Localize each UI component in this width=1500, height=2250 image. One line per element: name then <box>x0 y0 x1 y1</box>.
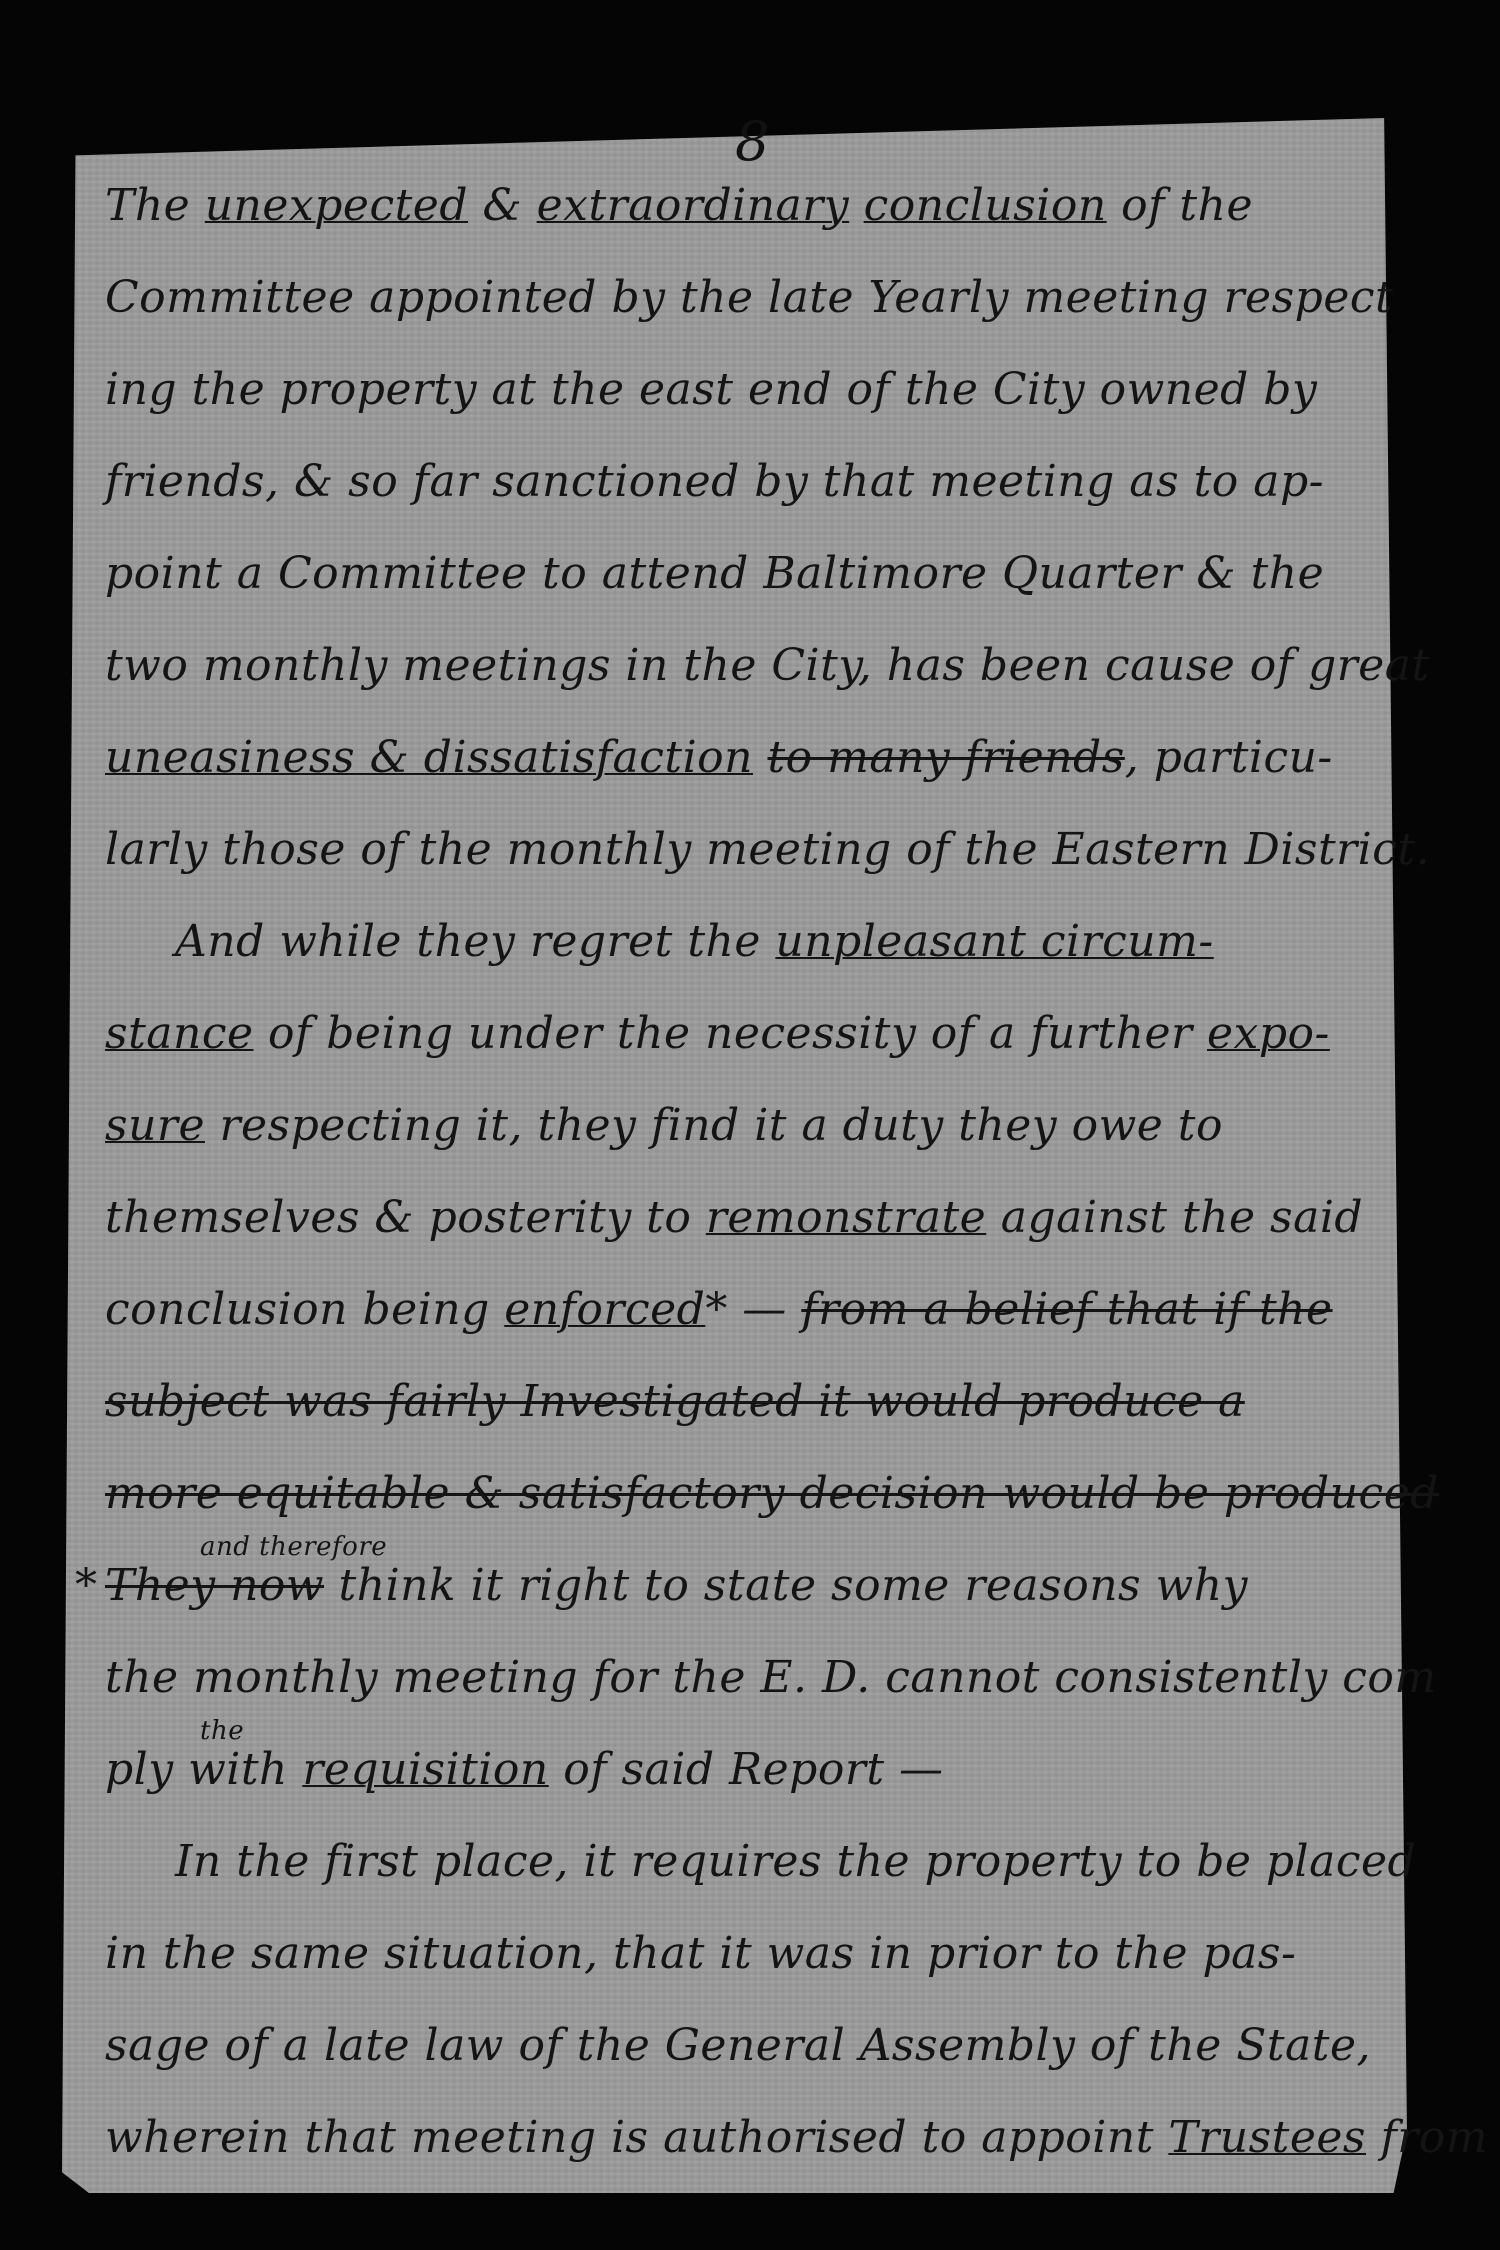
struck-text: more equitable & satisfactory decision w… <box>105 1468 1439 1519</box>
manuscript-line: Committee appointed by the late Yearly m… <box>105 252 1395 344</box>
manuscript-line: the monthly meeting for the E. D. cannot… <box>105 1632 1395 1724</box>
text-segment: larly those of the monthly meeting of th… <box>105 824 1430 875</box>
manuscript-line: ing the property at the east end of the … <box>105 344 1395 436</box>
manuscript-line: The unexpected & extraordinary conclusio… <box>105 160 1395 252</box>
manuscript-line: friends, & so far sanctioned by that mee… <box>105 436 1395 528</box>
text-segment: ply with <box>105 1744 302 1795</box>
underlined-text: unexpected <box>205 180 468 231</box>
text-segment: The <box>105 180 205 231</box>
manuscript-line: conclusion being enforced* — from a beli… <box>105 1264 1395 1356</box>
text-segment: conclusion being <box>105 1284 504 1335</box>
text-segment: And while they regret the <box>175 916 775 967</box>
text-segment: point a Committee to attend Baltimore Qu… <box>105 548 1324 599</box>
underlined-text: conclusion <box>864 180 1107 231</box>
manuscript-line: wherein that meeting is authorised to ap… <box>105 2092 1395 2184</box>
underlined-text: requisition <box>302 1744 548 1795</box>
text-segment: two monthly meetings in the City, has be… <box>105 640 1430 691</box>
manuscript-line: theply with requisition of said Report — <box>105 1724 1395 1816</box>
manuscript-line: larly those of the monthly meeting of th… <box>105 804 1395 896</box>
text-segment: * — <box>705 1284 801 1335</box>
underlined-text: extraordinary <box>537 180 850 231</box>
text-segment: , particu- <box>1125 732 1333 783</box>
underlined-text: sure <box>105 1100 205 1151</box>
manuscript-text: The unexpected & extraordinary conclusio… <box>105 160 1395 2184</box>
text-segment: against the said <box>986 1192 1363 1243</box>
struck-text: subject was fairly Investigated it would… <box>105 1376 1245 1427</box>
manuscript-line: two monthly meetings in the City, has be… <box>105 620 1395 712</box>
manuscript-line: themselves & posterity to remonstrate ag… <box>105 1172 1395 1264</box>
manuscript-line: uneasiness & dissatisfaction to many fri… <box>105 712 1395 804</box>
text-segment: of said Report — <box>549 1744 944 1795</box>
underlined-text: stance <box>105 1008 254 1059</box>
struck-text: They now <box>105 1560 324 1611</box>
manuscript-line: in the same situation, that it was in pr… <box>105 1908 1395 2000</box>
text-segment: ing the property at the east end of the … <box>105 364 1317 415</box>
text-segment <box>753 732 768 783</box>
underlined-text: enforced <box>504 1284 705 1335</box>
underlined-text: Trustees <box>1168 2112 1366 2163</box>
text-segment: In the first place, it requires the prop… <box>175 1836 1416 1887</box>
text-segment: sage of a late law of the General Assemb… <box>105 2020 1371 2071</box>
manuscript-line: point a Committee to attend Baltimore Qu… <box>105 528 1395 620</box>
underlined-text: expo- <box>1207 1008 1330 1059</box>
interlinear-insertion: the <box>200 1716 244 1746</box>
text-segment: & <box>468 180 537 231</box>
manuscript-line: sure respecting it, they find it a duty … <box>105 1080 1395 1172</box>
text-segment: from <box>1366 2112 1488 2163</box>
text-segment: themselves & posterity to <box>105 1192 706 1243</box>
underlined-text: remonstrate <box>706 1192 986 1243</box>
text-segment: wherein that meeting is authorised to ap… <box>105 2112 1168 2163</box>
struck-text: from a belief that if the <box>801 1284 1332 1335</box>
manuscript-line: And while they regret the unpleasant cir… <box>105 896 1395 988</box>
struck-text: to many friends <box>767 732 1124 783</box>
text-segment: the monthly meeting for the E. D. cannot… <box>105 1652 1437 1703</box>
text-segment: respecting it, they find it a duty they … <box>205 1100 1223 1151</box>
manuscript-line: stance of being under the necessity of a… <box>105 988 1395 1080</box>
text-segment: of the <box>1107 180 1253 231</box>
manuscript-line: sage of a late law of the General Assemb… <box>105 2000 1395 2092</box>
manuscript-line: more equitable & satisfactory decision w… <box>105 1448 1395 1540</box>
text-segment: Committee appointed by the late Yearly m… <box>105 272 1393 323</box>
underlined-text: unpleasant circum- <box>775 916 1213 967</box>
interlinear-insertion: and therefore <box>200 1532 387 1562</box>
manuscript-line: *and thereforeThey now think it right to… <box>105 1540 1395 1632</box>
text-segment: think it right to state some reasons why <box>324 1560 1248 1611</box>
manuscript-line: subject was fairly Investigated it would… <box>105 1356 1395 1448</box>
underlined-text: uneasiness & dissatisfaction <box>105 732 753 783</box>
text-segment: in the same situation, that it was in pr… <box>105 1928 1296 1979</box>
text-segment <box>849 180 864 231</box>
manuscript-line: In the first place, it requires the prop… <box>105 1816 1395 1908</box>
text-segment: friends, & so far sanctioned by that mee… <box>105 456 1324 507</box>
footnote-asterisk: * <box>75 1540 98 1632</box>
text-segment: of being under the necessity of a furthe… <box>254 1008 1208 1059</box>
